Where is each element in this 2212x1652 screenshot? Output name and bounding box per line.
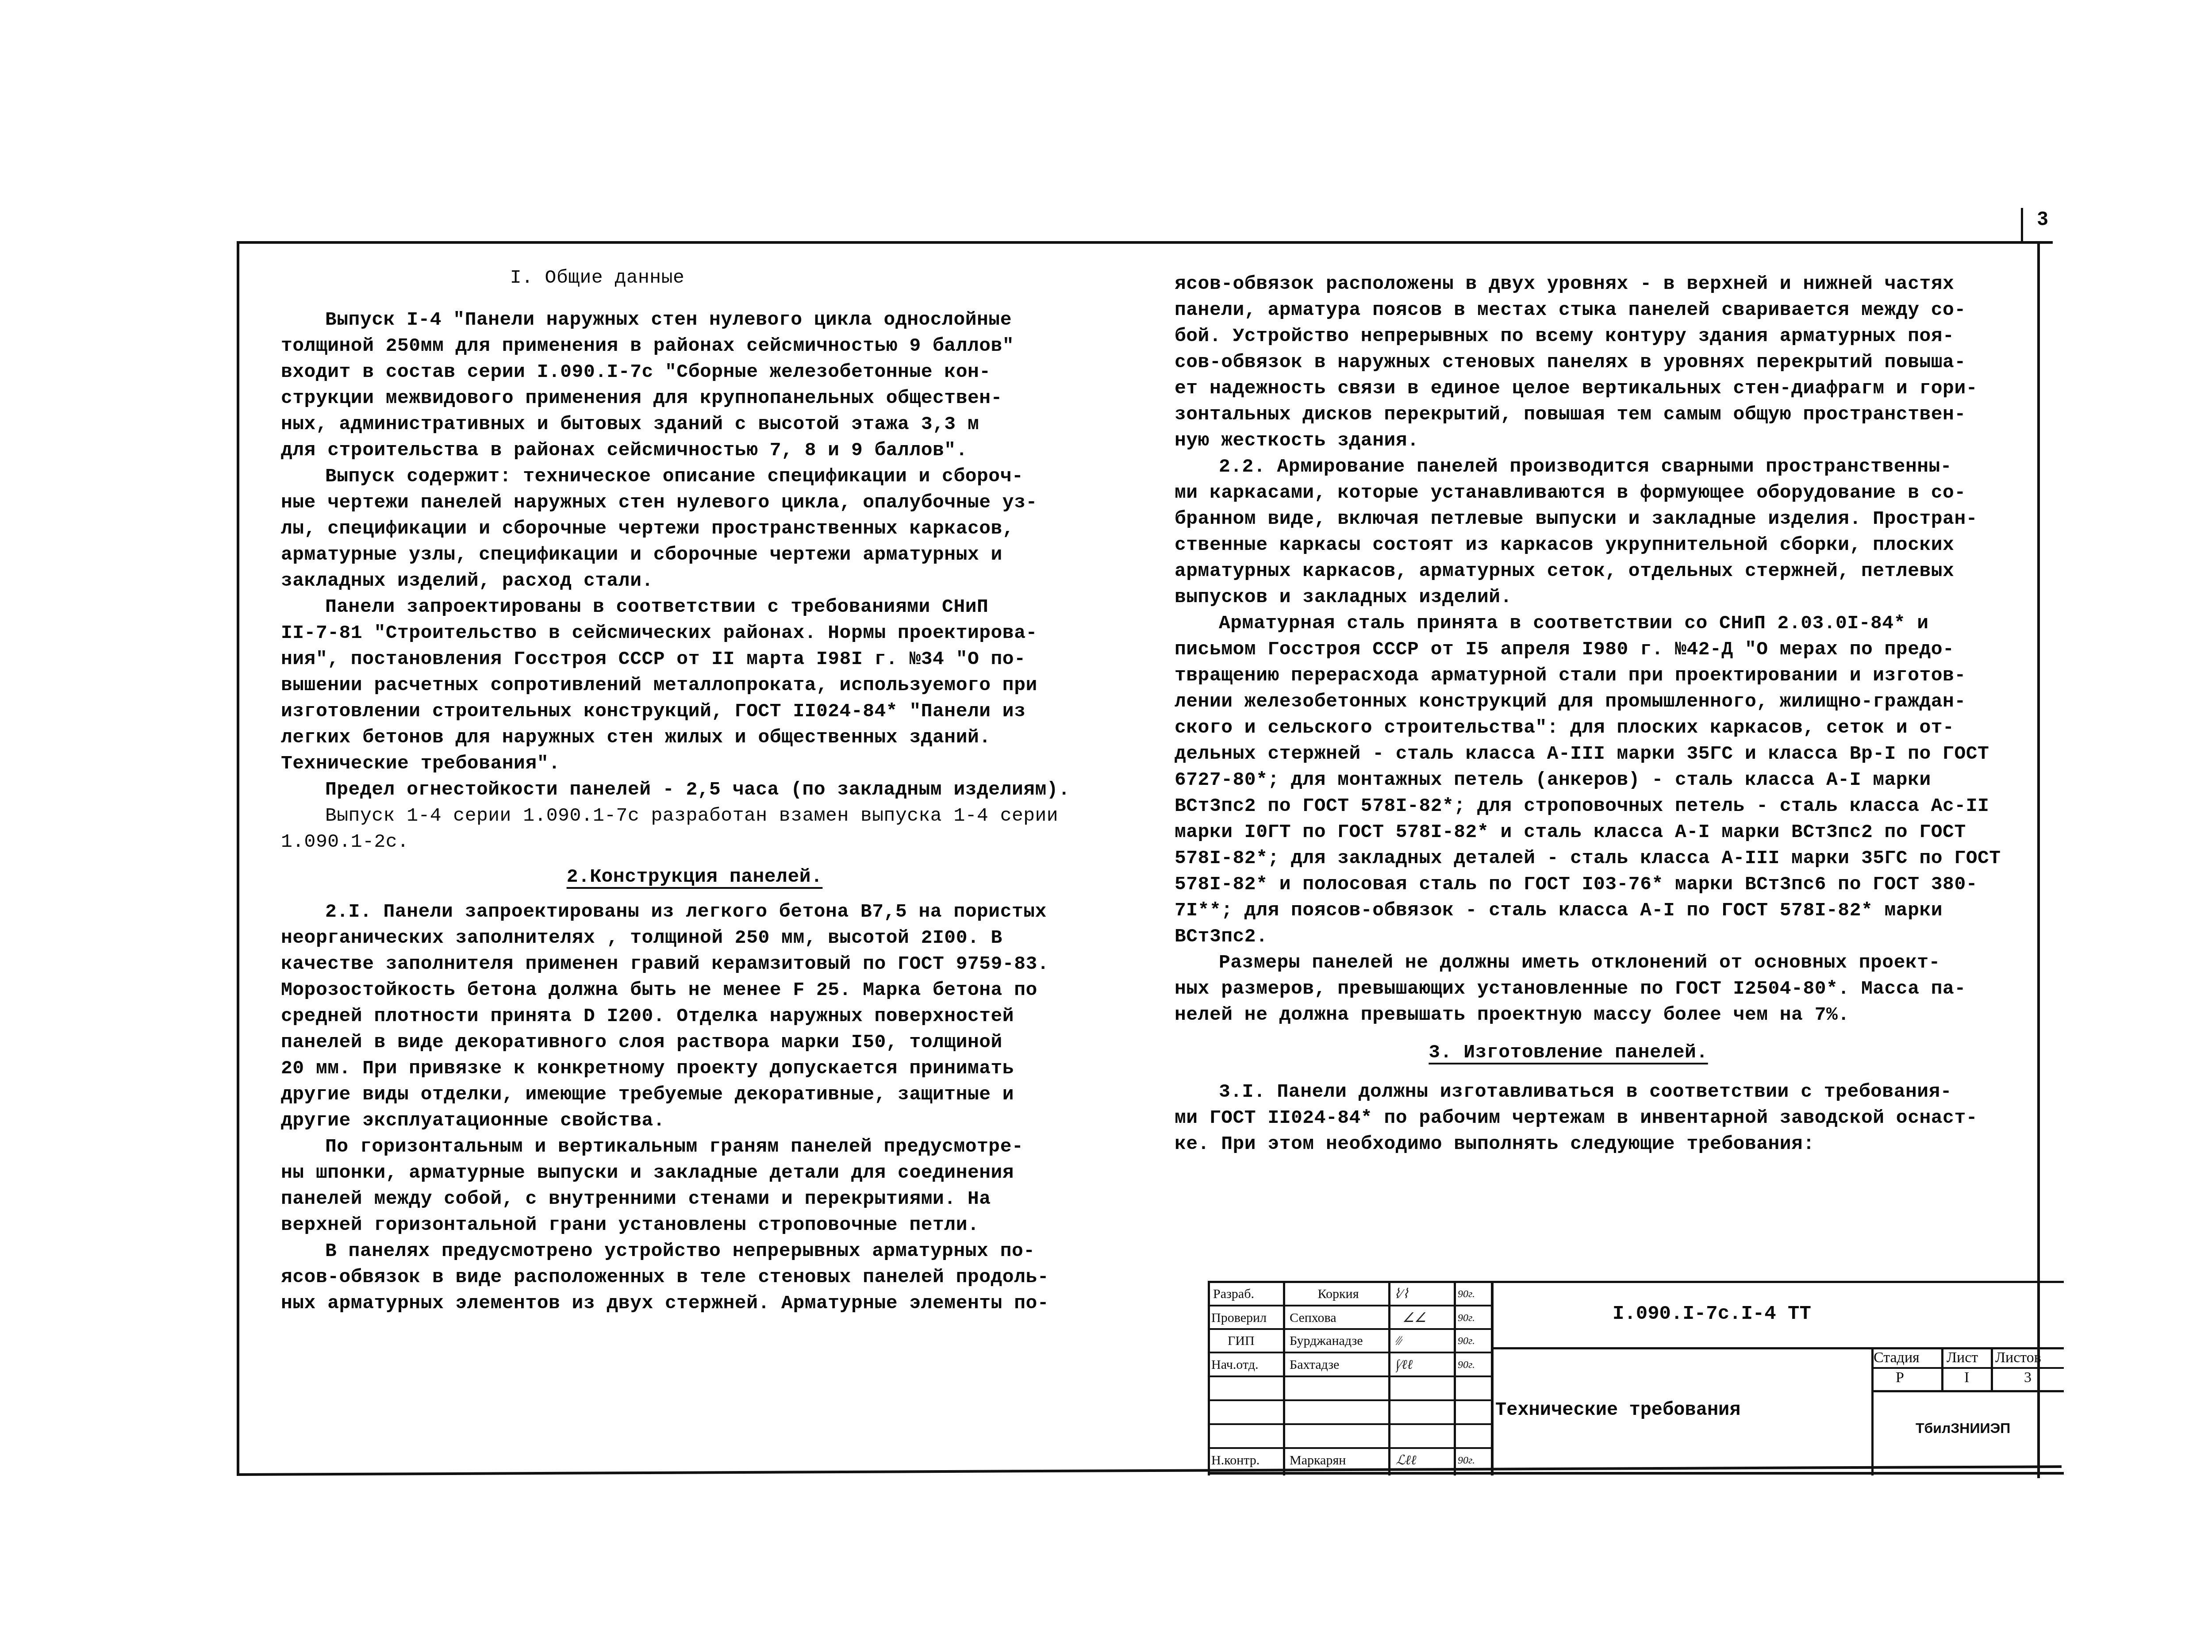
stamp-grid-line — [1871, 1347, 1874, 1475]
organization-name: ТбилЗНИИЭП — [1916, 1420, 2010, 1437]
sheet-value: I — [1964, 1369, 1969, 1386]
stamp-role: Разраб. — [1213, 1283, 1254, 1305]
paragraph-belts: В панелях предусмотрено устройство непре… — [281, 1238, 1161, 1316]
frame-border-left — [237, 241, 239, 1475]
stamp-border-top — [1208, 1281, 2064, 1283]
stamp-grid-line — [1208, 1305, 1491, 1306]
stamp-role: Проверил — [1211, 1307, 1267, 1329]
paragraph-2-1: 2.I. Панели запроектированы из легкого б… — [281, 899, 1161, 1133]
stamp-name: Коркия — [1294, 1283, 1382, 1305]
sheets-value: 3 — [2024, 1369, 2032, 1386]
stamp-grid-line — [1208, 1423, 1491, 1425]
frame-border-top — [237, 241, 2053, 244]
stamp-grid-line — [1208, 1352, 1491, 1353]
stamp-role: Нач.отд. — [1211, 1354, 1258, 1375]
sheet-label: Лист — [1947, 1349, 1978, 1366]
stage-label: Стадия — [1874, 1349, 1920, 1366]
paragraph-joints: По горизонтальным и вертикальным граням … — [281, 1133, 1161, 1238]
stamp-signature: ℒℓℓ — [1396, 1450, 1417, 1471]
stamp-grid-line — [1454, 1281, 1456, 1475]
stamp-grid-line — [1991, 1347, 1993, 1391]
document-title: Технические требования — [1495, 1399, 1741, 1421]
paragraph-3-1: 3.I. Панели должны изготавливаться в соо… — [1175, 1079, 2024, 1157]
paragraph-tolerances: Размеры панелей не должны иметь отклонен… — [1175, 949, 2024, 1028]
stamp-name: Сепхова — [1290, 1307, 1336, 1329]
paragraph-intro: Выпуск I-4 "Панели наружных стен нулевог… — [281, 307, 1161, 463]
stamp-role: Н.контр. — [1211, 1450, 1260, 1471]
stamp-grid-line — [1871, 1390, 2064, 1392]
stamp-date: 90г. — [1458, 1283, 1475, 1305]
stamp-grid-line — [1941, 1347, 1943, 1391]
stamp-grid-line — [1208, 1447, 1491, 1449]
sheets-label: Листов — [1995, 1349, 2041, 1366]
stamp-date: 90г. — [1458, 1330, 1475, 1352]
stamp-grid-line — [1208, 1399, 1491, 1401]
stamp-date: 90г. — [1458, 1354, 1475, 1375]
left-column: I. Общие данные Выпуск I-4 "Панели наруж… — [281, 265, 1161, 1316]
right-column: ясов-обвязок расположены в двух уровнях … — [1175, 271, 2024, 1157]
stamp-grid-line — [1871, 1367, 2064, 1369]
paragraph-standards: Панели запроектированы в соответствии с … — [281, 594, 1161, 776]
stamp-signature: ⌇∕⌇ — [1394, 1283, 1451, 1305]
page-number: 3 — [2037, 208, 2048, 230]
stamp-signature: ∕∕⁄ — [1396, 1330, 1402, 1352]
stamp-grid-line — [1208, 1375, 1491, 1377]
stamp-date: 90г. — [1458, 1450, 1475, 1471]
stamp-border-left — [1208, 1281, 1210, 1475]
paragraph-contents: Выпуск содержит: техническое описание сп… — [281, 463, 1161, 594]
title-block: Разраб. Коркия ⌇∕⌇ 90г. Проверил Сепхова… — [1208, 1281, 2064, 1475]
stamp-signature: ∫∕ℓℓ — [1396, 1354, 1413, 1375]
stamp-role: ГИП — [1228, 1330, 1255, 1352]
section-1-title: I. Общие данные — [281, 265, 1161, 291]
stamp-name: Маркарян — [1290, 1450, 1346, 1471]
section-2-title: 2.Конструкция панелей. — [281, 864, 1161, 890]
stamp-signature: ∠∠ — [1402, 1307, 1426, 1329]
paragraph-steel: Арматурная сталь принята в соответствии … — [1175, 610, 2024, 949]
stamp-name: Бурджанадзе — [1290, 1330, 1387, 1352]
paragraph-replacement: Выпуск 1-4 серии 1.090.1-7с разработан в… — [281, 803, 1161, 855]
paragraph-belts-continued: ясов-обвязок расположены в двух уровнях … — [1175, 271, 2024, 453]
section-3-title: 3. Изготовление панелей. — [1175, 1039, 2024, 1065]
stage-value: Р — [1896, 1369, 1904, 1386]
stamp-grid-line — [1283, 1281, 1285, 1475]
paragraph-fire-resistance: Предел огнестойкости панелей - 2,5 часа … — [281, 776, 1161, 803]
stamp-grid-line — [1491, 1281, 1494, 1475]
page-number-divider — [2021, 208, 2023, 242]
stamp-name: Бахтадзе — [1290, 1354, 1339, 1375]
stamp-grid-line — [1388, 1281, 1390, 1475]
document-code: I.090.I-7с.I-4 ТТ — [1613, 1303, 1811, 1325]
stamp-border-bottom — [1208, 1472, 2064, 1475]
stamp-date: 90г. — [1458, 1307, 1475, 1329]
paragraph-2-2: 2.2. Армирование панелей производится св… — [1175, 453, 2024, 610]
